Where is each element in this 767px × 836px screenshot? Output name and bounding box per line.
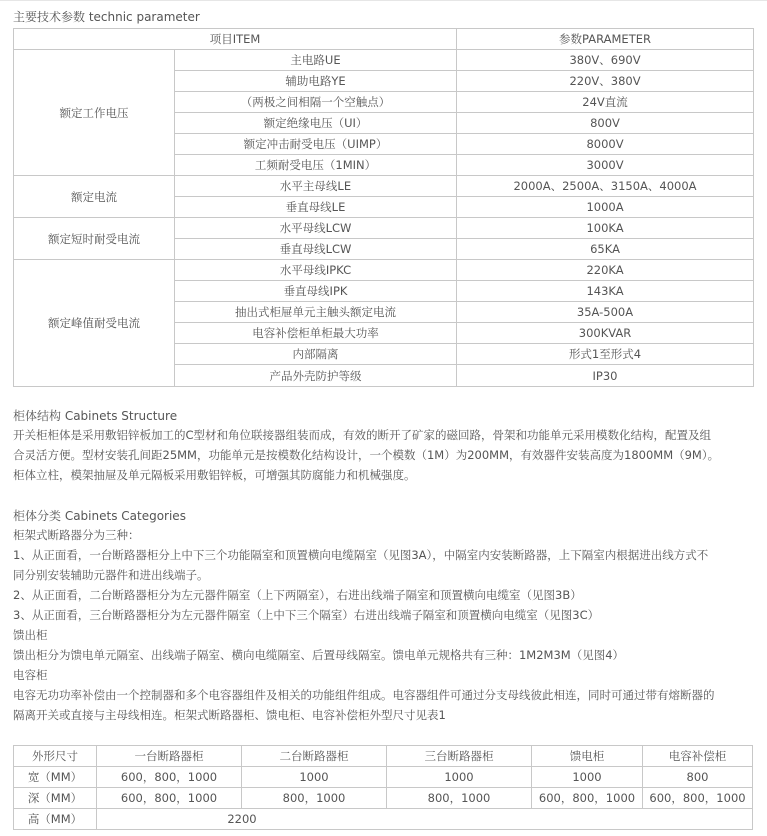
- categories-line: 隔离开关或直接与主母线相连。柜架式断路器柜、馈电柜、电容补偿柜外型尺寸见表1: [13, 705, 755, 725]
- row-value: 3000V: [457, 155, 754, 176]
- row-value: 380V、690V: [457, 50, 754, 71]
- row-value: 220KA: [457, 260, 754, 281]
- row-value: 600，800，1000: [97, 788, 242, 809]
- row-value: 1000: [387, 767, 532, 788]
- row-item: 额定绝缘电压（UI）: [175, 113, 457, 134]
- categories-paragraph: 柜架式断路器分为三种： 1、从正面看，一台断路器柜分上中下三个功能隔室和顶置横向…: [13, 525, 755, 725]
- row-value: 1000: [532, 767, 643, 788]
- header-parameter: 参数PARAMETER: [457, 29, 754, 50]
- table-row: 额定电流 水平主母线LE 2000A、2500A、3150A、4000A: [14, 176, 754, 197]
- table-row: 深（MM） 600，800，1000 800，1000 800，1000 600…: [14, 788, 753, 809]
- row-value: 1000A: [457, 197, 754, 218]
- row-item: 水平母线LCW: [175, 218, 457, 239]
- row-value: IP30: [457, 365, 754, 387]
- row-value: 220V、380V: [457, 71, 754, 92]
- row-value: 65KA: [457, 239, 754, 260]
- row-item: 垂直母线LCW: [175, 239, 457, 260]
- categories-line: 2、从正面看，二台断路器柜分为左元器件隔室（上下两隔室），右进出线端子隔室和顶置…: [13, 585, 755, 605]
- categories-line: 电容无功功率补偿由一个控制器和多个电容器组件及相关的功能组件组成。电容器组件可通…: [13, 685, 755, 705]
- dimensions-table: 外形尺寸 一台断路器柜 二台断路器柜 三台断路器柜 馈电柜 电容补偿柜 宽（MM…: [13, 745, 753, 830]
- categories-line: 3、从正面看，三台断路器柜分为左元器件隔室（上中下三个隔室）右进出线端子隔室和顶…: [13, 605, 755, 625]
- row-item: 抽出式柜屉单元主触头额定电流: [175, 302, 457, 323]
- row-value: 143KA: [457, 281, 754, 302]
- row-item: 辅助电路YE: [175, 71, 457, 92]
- table-row: 额定短时耐受电流 水平母线LCW 100KA: [14, 218, 754, 239]
- table-header-row: 项目ITEM 参数PARAMETER: [14, 29, 754, 50]
- row-value: 800V: [457, 113, 754, 134]
- row-value: 100KA: [457, 218, 754, 239]
- table-row: 宽（MM） 600，800，1000 1000 1000 1000 800: [14, 767, 753, 788]
- table-row: 额定工作电压 主电路UE 380V、690V: [14, 50, 754, 71]
- row-item: 主电路UE: [175, 50, 457, 71]
- header-cell: 一台断路器柜: [97, 746, 242, 767]
- group-label: 额定短时耐受电流: [14, 218, 175, 260]
- row-item: 水平主母线LE: [175, 176, 457, 197]
- row-item: 垂直母线LE: [175, 197, 457, 218]
- row-value: 800，1000: [387, 788, 532, 809]
- row-item: 产品外壳防护等级: [175, 365, 457, 387]
- categories-line: 馈出柜分为馈电单元隔室、出线端子隔室、横向电缆隔室、后置母线隔室。馈电单元规格共…: [13, 645, 755, 665]
- row-label: 高（MM）: [14, 809, 97, 830]
- group-label: 额定工作电压: [14, 50, 175, 176]
- structure-line: 开关柜柜体是采用敷铝锌板加工的C型材和角位联接器组装而成，有效的断开了矿家的磁回…: [13, 425, 755, 445]
- row-value: 1000: [242, 767, 387, 788]
- categories-line: 1、从正面看，一台断路器柜分上中下三个功能隔室和顶置横向电缆隔室（见图3A），中…: [13, 545, 755, 565]
- structure-line: 合灵活方便。型材安装孔间距25MM，功能单元是按模数化结构设计，一个模数（1M）…: [13, 445, 755, 465]
- categories-subheading: 电容柜: [13, 665, 755, 685]
- row-label: 宽（MM）: [14, 767, 97, 788]
- row-item: 内部隔离: [175, 344, 457, 365]
- header-cell: 三台断路器柜: [387, 746, 532, 767]
- header-cell: 二台断路器柜: [242, 746, 387, 767]
- header-cell: 馈电柜: [532, 746, 643, 767]
- row-value: 300KVAR: [457, 323, 754, 344]
- height-value: 2200: [97, 812, 387, 826]
- technic-section-title: 主要技术参数 technic parameter: [13, 9, 200, 25]
- row-value: 35A-500A: [457, 302, 754, 323]
- row-item: （两极之间相隔一个空触点）: [175, 92, 457, 113]
- structure-line: 柜体立柱，模架抽屉及单元隔板采用敷铝锌板，可增强其防腐能力和机械强度。: [13, 465, 755, 485]
- row-value: 2000A、2500A、3150A、4000A: [457, 176, 754, 197]
- header-cell: 电容补偿柜: [643, 746, 753, 767]
- categories-subheading: 馈出柜: [13, 625, 755, 645]
- header-item: 项目ITEM: [14, 29, 457, 50]
- row-value: 600，800，1000: [97, 767, 242, 788]
- row-item: 水平母线IPKC: [175, 260, 457, 281]
- row-label: 深（MM）: [14, 788, 97, 809]
- categories-line: 同分别安装辅助元器件和进出线端子。: [13, 565, 755, 585]
- row-value: 800，1000: [242, 788, 387, 809]
- row-value: 24V直流: [457, 92, 754, 113]
- row-item: 垂直母线IPK: [175, 281, 457, 302]
- row-item: 电容补偿柜单柜最大功率: [175, 323, 457, 344]
- categories-section-title: 柜体分类 Cabinets Categories: [13, 508, 186, 524]
- row-value: 8000V: [457, 134, 754, 155]
- row-item: 额定冲击耐受电压（UIMP）: [175, 134, 457, 155]
- group-label: 额定峰值耐受电流: [14, 260, 175, 387]
- row-value: 800: [643, 767, 753, 788]
- technic-parameter-table: 项目ITEM 参数PARAMETER 额定工作电压 主电路UE 380V、690…: [13, 28, 754, 387]
- table-row: 额定峰值耐受电流 水平母线IPKC 220KA: [14, 260, 754, 281]
- header-cell: 外形尺寸: [14, 746, 97, 767]
- height-value-cell: 2200: [97, 809, 753, 830]
- structure-section-title: 柜体结构 Cabinets Structure: [13, 408, 177, 424]
- top-divider: [0, 0, 767, 1]
- group-label: 额定电流: [14, 176, 175, 218]
- row-value: 600，800，1000: [643, 788, 753, 809]
- row-value: 600，800，1000: [532, 788, 643, 809]
- row-item: 工频耐受电压（1MIN）: [175, 155, 457, 176]
- categories-line: 柜架式断路器分为三种：: [13, 525, 755, 545]
- structure-paragraph: 开关柜柜体是采用敷铝锌板加工的C型材和角位联接器组装而成，有效的断开了矿家的磁回…: [13, 425, 755, 485]
- table-row: 高（MM） 2200: [14, 809, 753, 830]
- row-value: 形式1至形式4: [457, 344, 754, 365]
- table-header-row: 外形尺寸 一台断路器柜 二台断路器柜 三台断路器柜 馈电柜 电容补偿柜: [14, 746, 753, 767]
